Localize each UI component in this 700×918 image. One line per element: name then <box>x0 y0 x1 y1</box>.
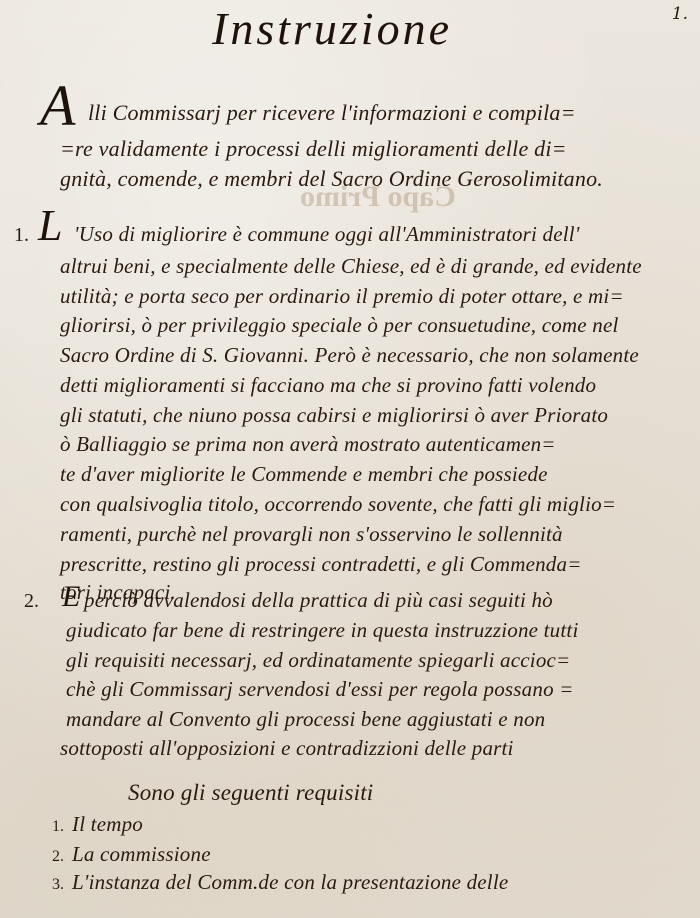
paragraph-line: mandare al Convento gli processi bene ag… <box>66 707 545 732</box>
paragraph-number: 2. <box>24 590 39 613</box>
paragraph-line: chè gli Commissarj servendosi d'essi per… <box>66 677 574 702</box>
paragraph-line: gli requisiti necessarj, ed ordinatament… <box>66 648 570 673</box>
paragraph-line: utilità; e porta seco per ordinario il p… <box>60 284 624 309</box>
paragraph-line: perciò avvalendosi della prattica di più… <box>84 588 553 613</box>
requisite-item: L'instanza del Comm.de con la presentazi… <box>72 870 508 895</box>
requisite-number: 2. <box>52 848 64 866</box>
requisite-item: Il tempo <box>72 812 143 837</box>
paragraph-line: ò Balliaggio se prima non averà mostrato… <box>60 432 556 457</box>
document-title: Instruzione <box>212 2 452 55</box>
paragraph-line: Sacro Ordine di S. Giovanni. Però è nece… <box>60 343 639 368</box>
requisite-item: La commissione <box>72 842 211 867</box>
intro-line: gnità, comende, e membri del Sacro Ordin… <box>60 166 603 192</box>
paragraph-dropcap: E <box>62 580 80 614</box>
paragraph-dropcap: L <box>38 200 62 251</box>
requisite-number: 3. <box>52 876 64 894</box>
paragraph-line: sottoposti all'opposizioni e contradizzi… <box>60 736 514 761</box>
folio-number: 1. <box>672 4 688 24</box>
paragraph-line: detti miglioramenti si facciano ma che s… <box>60 373 596 398</box>
paragraph-line: 'Uso di migliorire è commune oggi all'Am… <box>74 222 580 247</box>
paragraph-line: con qualsivoglia titolo, occorrendo sove… <box>60 492 616 517</box>
paragraph-line: gli statuti, che niuno possa cabirsi e m… <box>60 403 608 428</box>
paragraph-line: giudicato far bene di restringere in que… <box>66 618 578 643</box>
paragraph-line: altrui beni, e specialmente delle Chiese… <box>60 254 642 279</box>
paragraph-line: gliorirsi, ò per privileggio speciale ò … <box>60 313 619 338</box>
paragraph-line: ramenti, purchè nel provargli non s'osse… <box>60 522 563 547</box>
requisites-heading: Sono gli seguenti requisiti <box>128 780 373 806</box>
intro-dropcap: A <box>40 72 75 139</box>
paragraph-line: te d'aver migliorite le Commende e membr… <box>60 462 548 487</box>
paragraph-number: 1. <box>14 224 29 247</box>
intro-line: lli Commissarj per ricevere l'informazio… <box>88 100 576 126</box>
paragraph-line: prescritte, restino gli processi contrad… <box>60 552 582 577</box>
manuscript-page: Capo Primo 1. Instruzione A lli Commissa… <box>0 0 700 918</box>
requisite-number: 1. <box>52 818 64 836</box>
intro-line: =re validamente i processi delli miglior… <box>60 136 567 162</box>
